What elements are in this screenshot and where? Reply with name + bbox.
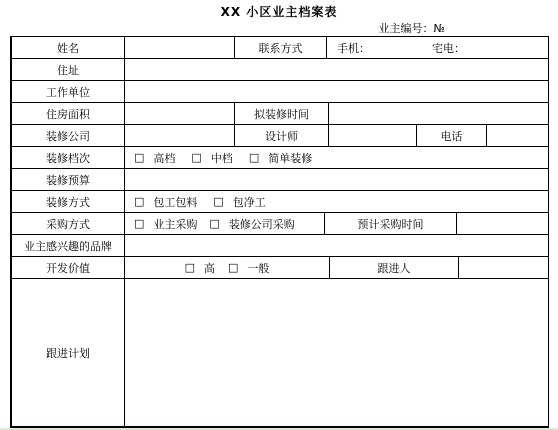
home-phone-label: 宅电： [432,40,465,56]
row-name: 姓名 联系方式 手机： 宅电： [12,37,548,59]
reno-mode-option-full-label: 包工包料 [153,194,197,210]
phone-label: 电话 [417,125,487,146]
reno-mode-option-labor-label: 包净工 [233,194,266,210]
checkbox-icon[interactable]: □ [134,195,144,208]
row-dev-value: 开发价值 □ 高 □ 一般 跟进人 [12,257,548,279]
est-purchase-time-label: 预计采购时间 [325,213,457,234]
checkbox-icon[interactable]: □ [249,151,259,164]
planned-reno-time-label: 拟装修时间 [235,103,329,124]
purchase-option-company[interactable]: □ 装修公司采购 [209,216,294,232]
reno-grade-option-mid[interactable]: □ 中档 [191,150,232,166]
contact-inputs[interactable]: 手机： 宅电： [327,37,548,58]
page-title: XX 小区业主档案表 [0,3,558,20]
name-label: 姓名 [12,37,125,58]
house-area-label: 住房面积 [12,103,125,124]
reno-grade-label: 装修档次 [12,147,125,168]
checkbox-icon[interactable]: □ [185,261,195,274]
designer-input[interactable] [329,125,417,146]
address-label: 住址 [12,59,125,80]
reno-grade-option-high-label: 高档 [153,150,175,166]
dev-value-option-high-label: 高 [204,260,215,276]
checkbox-icon[interactable]: □ [191,151,201,164]
row-interested-brands: 业主感兴趣的品牌 [12,235,548,257]
purchase-mode-label: 采购方式 [12,213,125,234]
reno-grade-option-high[interactable]: □ 高档 [134,150,175,166]
dev-value-label: 开发价值 [12,257,125,278]
row-work-unit: 工作单位 [12,81,548,103]
follow-up-person-input[interactable] [459,257,548,278]
reno-company-label: 装修公司 [12,125,125,146]
reno-mode-options: □ 包工包料 □ 包净工 [125,194,266,210]
row-house-area: 住房面积 拟装修时间 [12,103,548,125]
owner-number-label: 业主编号： [379,22,434,35]
reno-mode-label: 装修方式 [12,191,125,212]
contact-label: 联系方式 [235,37,327,58]
owner-archive-form: 姓名 联系方式 手机： 宅电： 住址 工作单位 住房面积 拟装修时间 装修公司 … [10,36,549,429]
interested-brands-input[interactable] [125,235,548,256]
checkbox-icon[interactable]: □ [134,151,144,164]
reno-mode-option-full[interactable]: □ 包工包料 [134,194,197,210]
checkbox-icon[interactable]: □ [134,217,144,230]
address-input[interactable] [125,59,548,80]
designer-label: 设计师 [235,125,329,146]
phone-input[interactable] [487,125,548,146]
owner-number: 业主编号：№ [379,20,445,36]
row-reno-grade: 装修档次 □ 高档 □ 中档 □ 简单装修 [12,147,548,169]
dev-value-option-high[interactable]: □ 高 [185,260,215,276]
work-unit-label: 工作单位 [12,81,125,102]
row-purchase-mode: 采购方式 □ 业主采购 □ 装修公司采购 预计采购时间 [12,213,548,235]
house-area-input[interactable] [125,103,235,124]
dev-value-option-normal-label: 一般 [247,260,269,276]
row-reno-budget: 装修预算 [12,169,548,191]
reno-grade-option-mid-label: 中档 [211,150,233,166]
purchase-option-owner[interactable]: □ 业主采购 [134,216,197,232]
row-reno-mode: 装修方式 □ 包工包料 □ 包净工 [12,191,548,213]
reno-grade-option-simple-label: 简单装修 [268,150,312,166]
row-reno-company: 装修公司 设计师 电话 [12,125,548,147]
row-address: 住址 [12,59,548,81]
purchase-option-owner-label: 业主采购 [153,216,197,232]
reno-grade-options: □ 高档 □ 中档 □ 简单装修 [125,150,312,166]
est-purchase-time-input[interactable] [457,213,548,234]
reno-budget-input[interactable] [125,169,548,190]
planned-reno-time-input[interactable] [329,103,548,124]
dev-value-options: □ 高 □ 一般 [125,260,329,276]
name-input[interactable] [125,37,235,58]
follow-up-plan-input[interactable] [125,279,548,426]
dev-value-option-normal[interactable]: □ 一般 [228,260,269,276]
reno-mode-option-labor[interactable]: □ 包净工 [213,194,265,210]
reno-budget-label: 装修预算 [12,169,125,190]
row-follow-up-plan: 跟进计划 [12,279,548,426]
mobile-label: 手机： [337,40,370,56]
owner-number-value[interactable]: № [434,22,445,35]
purchase-option-company-label: 装修公司采购 [229,216,295,232]
work-unit-input[interactable] [125,81,548,102]
checkbox-icon[interactable]: □ [209,217,219,230]
checkbox-icon[interactable]: □ [213,195,223,208]
interested-brands-label: 业主感兴趣的品牌 [12,235,125,256]
purchase-mode-options: □ 业主采购 □ 装修公司采购 [125,216,295,232]
checkbox-icon[interactable]: □ [228,261,238,274]
follow-up-person-label: 跟进人 [330,257,459,278]
reno-grade-option-simple[interactable]: □ 简单装修 [249,150,312,166]
follow-up-plan-label: 跟进计划 [12,279,125,426]
reno-company-input[interactable] [125,125,235,146]
